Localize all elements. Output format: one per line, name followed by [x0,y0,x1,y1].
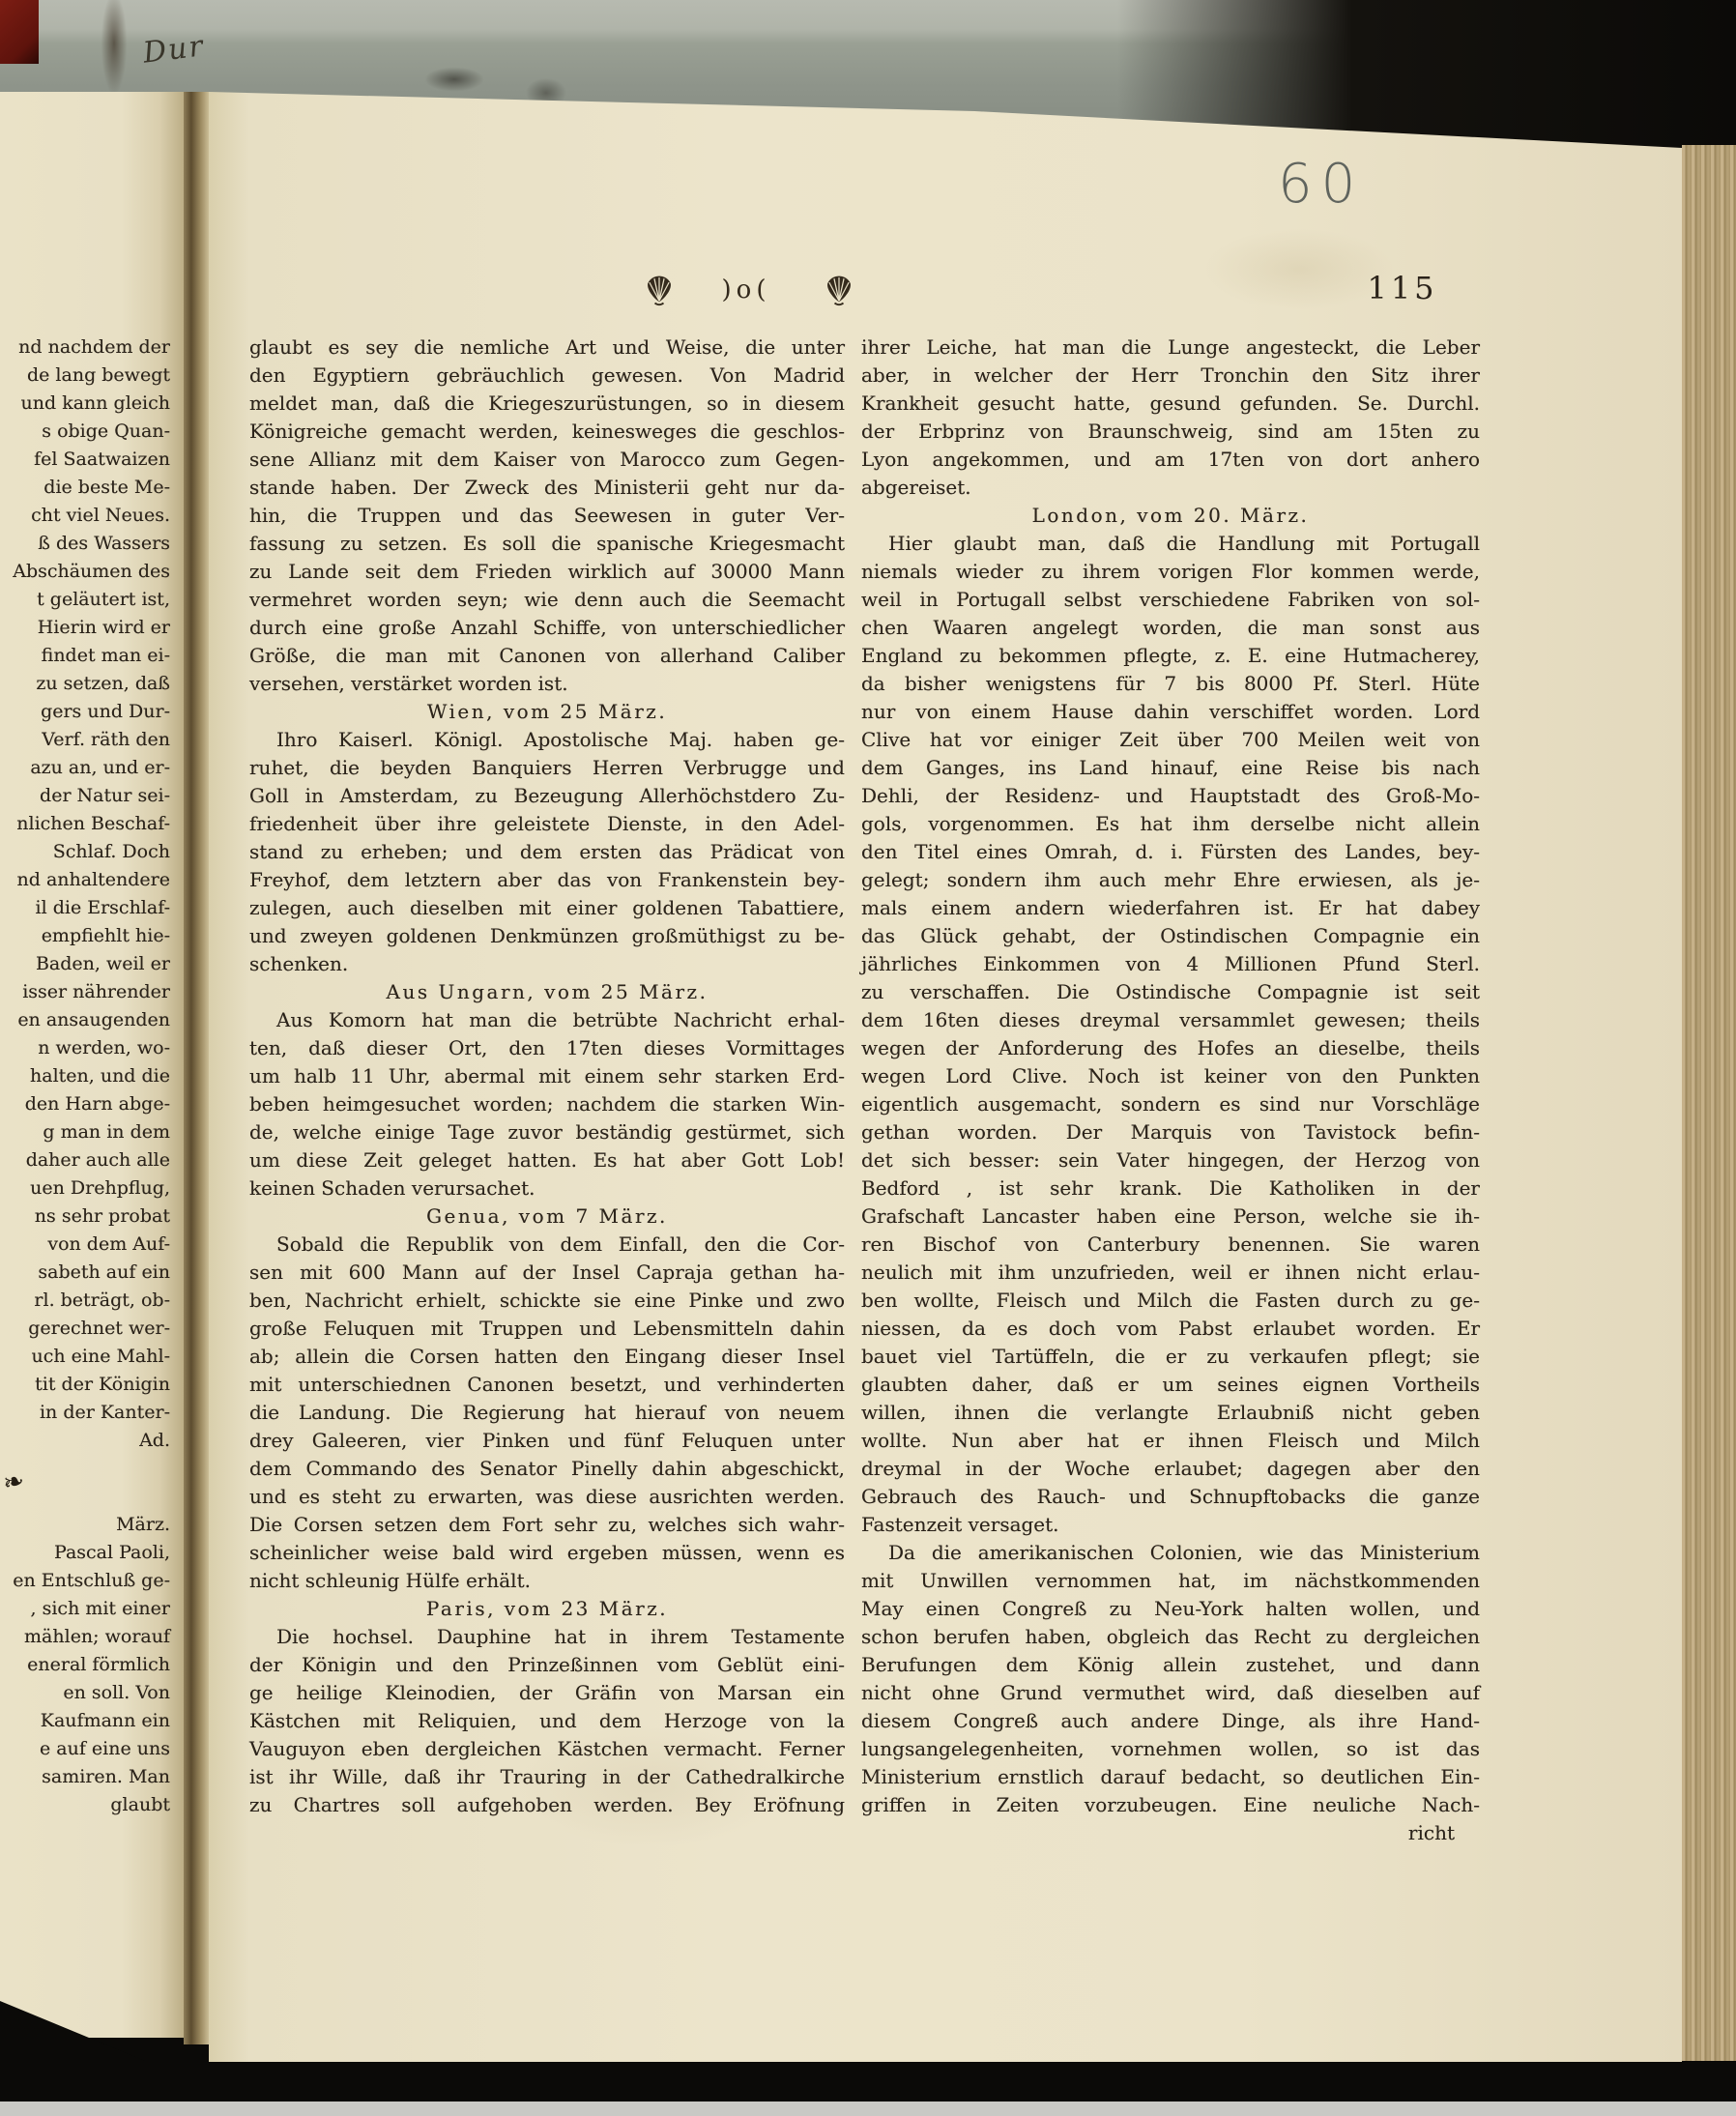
main-page: )o( 115 glaubt es sey die nemliche Art u… [209,92,1682,2062]
text-line: Kaufmann ein [0,1707,170,1735]
text-line: Bedford , ist sehr krank. Die Katholiken… [861,1174,1480,1203]
text-line: , sich mit einer [0,1595,170,1623]
text-line: gerechnet wer- [0,1315,170,1343]
text-line: empfiehlt hie- [0,922,170,950]
text-line: Grafschaft Lancaster haben eine Person, … [861,1203,1480,1231]
text-line: Genua, vom 7 März. [249,1203,845,1231]
text-line: isser nährender [0,978,170,1006]
text-line: Die hochsel. Dauphine hat in ihrem Testa… [249,1623,845,1651]
text-line: Größe, die man mit Canonen von allerhand… [249,642,845,670]
book-scan: Dur nd nachdem derde lang bewegtund kann… [0,0,1736,2116]
text-line: g man in dem [0,1118,170,1146]
text-line: n werden, wo- [0,1034,170,1062]
text-line: schenken. [249,950,845,978]
text-line: versehen, verstärket worden ist. [249,670,845,698]
text-line: nd nachdem der [0,333,170,362]
text-line: wegen der Anforderung des Hofes an diese… [861,1034,1480,1062]
text-line: uch eine Mahl- [0,1343,170,1371]
text-line: Hier glaubt man, daß die Handlung mit Po… [861,530,1480,558]
scanner-bed-strip [0,2102,1736,2116]
text-line: lungsangelegenheiten, vornehmen wollen, … [861,1735,1480,1763]
text-line: den Egyptiern gebräuchlich gewesen. Von … [249,362,845,390]
text-line: jährliches Einkommen von 4 Millionen Pfu… [861,950,1480,978]
text-line: aber, in welcher der Herr Tronchin den S… [861,362,1480,390]
text-line: Da die amerikanischen Colonien, wie das … [861,1539,1480,1567]
text-line: mals einem andern wiederfahren ist. Er h… [861,894,1480,922]
text-line: fel Saatwaizen [0,446,170,474]
text-line: Abschäumen des [0,558,170,586]
text-line: Pascal Paoli, [0,1539,170,1567]
text-line: zulegen, auch dieselben mit einer golden… [249,894,845,922]
text-line: glaubt [0,1791,170,1819]
text-line: bauet viel Tartüffeln, die er zu verkauf… [861,1343,1480,1371]
text-line: stand zu erheben; und dem ersten das Prä… [249,838,845,866]
text-line: weil in Portugall selbst verschiedene Fa… [861,586,1480,614]
text-line: schon berufen haben, obgleich das Recht … [861,1623,1480,1651]
text-line: daher auch alle [0,1146,170,1174]
text-line: tit der Königin [0,1371,170,1399]
text-line: der Erbprinz von Braunschweig, sind am 1… [861,418,1480,446]
text-line: niemals wieder zu ihrem vorigen Flor kom… [861,558,1480,586]
text-line: halten, und die [0,1062,170,1090]
text-line: ge heilige Kleinodien, der Gräfin von Ma… [249,1679,845,1707]
text-line: scheinlicher weise bald wird ergeben müs… [249,1539,845,1567]
text-line: wegen Lord Clive. Noch ist keiner von de… [861,1062,1480,1090]
text-line: Paris, vom 23 März. [249,1595,845,1623]
text-line: s obige Quan- [0,418,170,446]
text-line: ben wollte, Fleisch und Milch die Fasten… [861,1287,1480,1315]
text-line: abgereiset. [861,474,1480,502]
text-line: e auf eine uns [0,1735,170,1763]
text-line: Ministerium ernstlich darauf bedacht, so… [861,1763,1480,1791]
text-line: ab; allein die Corsen hatten den Eingang… [249,1343,845,1371]
text-line: gelegt; sondern ihm auch mehr Ehre erwie… [861,866,1480,894]
text-line: das Glück gehabt, der Ostindischen Compa… [861,922,1480,950]
text-line: rl. beträgt, ob- [0,1287,170,1315]
marginal-text-column: nd nachdem derde lang bewegtund kann gle… [0,333,182,1819]
page-number: 115 [1359,270,1446,306]
text-line: Krankheit gesucht hatte, gesund gefunden… [861,390,1480,418]
text-line: von dem Auf- [0,1231,170,1259]
shell-ornament-left-icon [642,274,677,306]
text-line: stande haben. Der Zweck des Ministerii g… [249,474,845,502]
cover-red-corner [0,0,39,64]
text-line: zu Chartres soll aufgehoben werden. Bey … [249,1791,845,1819]
text-line: neulich mit ihm unzufrieden, weil er ihn… [861,1259,1480,1287]
text-line: Clive hat vor einiger Zeit über 700 Meil… [861,726,1480,754]
text-line: willen, ihnen die verlangte Erlaubniß ni… [861,1399,1480,1427]
text-line: findet man ei- [0,642,170,670]
text-line: en Entschluß ge- [0,1567,170,1595]
text-line: det sich besser: sein Vater hingegen, de… [861,1146,1480,1174]
text-line: Hierin wird er [0,614,170,642]
text-line: keinen Schaden verursachet. [249,1174,845,1203]
gutter-crease [184,92,209,2044]
text-line: gers und Dur- [0,698,170,726]
text-line: Aus Ungarn, vom 25 März. [249,978,845,1006]
text-line: Verf. räth den [0,726,170,754]
text-line: dem Ganges, ins Land hinauf, eine Reise … [861,754,1480,782]
text-line: ist ihr Wille, daß ihr Trauring in der C… [249,1763,845,1791]
news-column-right: ihrer Leiche, hat man die Lunge angestec… [861,333,1480,1847]
text-line: fassung zu setzen. Es soll die spanische… [249,530,845,558]
text-line: drey Galeeren, vier Pinken und fünf Felu… [249,1427,845,1455]
text-line: London, vom 20. März. [861,502,1480,530]
text-line: de, welche einige Tage zuvor beständig g… [249,1118,845,1146]
divider-ornament: )o( [712,275,780,304]
text-line: ben, Nachricht erhielt, schickte sie ein… [249,1287,845,1315]
text-line: und kann gleich [0,390,170,418]
text-line: die Landung. Die Regierung hat hierauf v… [249,1399,845,1427]
text-line: nd anhaltendere [0,866,170,894]
facing-page-partial: nd nachdem derde lang bewegtund kann gle… [0,92,184,2038]
text-line: eigentlich ausgemacht, sondern es sind n… [861,1090,1480,1118]
text-line: um diese Zeit geleget hatten. Es hat abe… [249,1146,845,1174]
text-line: zu verschaffen. Die Ostindische Compagni… [861,978,1480,1006]
news-column-left: glaubt es sey die nemliche Art und Weise… [249,333,845,1819]
text-line: gethan worden. Der Marquis von Tavistock… [861,1118,1480,1146]
text-line: Wien, vom 25 März. [249,698,845,726]
text-line: de lang bewegt [0,362,170,390]
text-line: mit unterschiednen Canonen besetzt, und … [249,1371,845,1399]
text-line: Ihro Kaiserl. Königl. Apostolische Maj. … [249,726,845,754]
text-line: um halb 11 Uhr, abermal mit einem sehr s… [249,1062,845,1090]
text-line: mählen; worauf [0,1623,170,1651]
text-line: Sobald die Republik von dem Einfall, den… [249,1231,845,1259]
text-line: t geläutert ist, [0,586,170,614]
text-line: en soll. Von [0,1679,170,1707]
text-line: Berufungen dem König allein zustehet, un… [861,1651,1480,1679]
text-line: Fastenzeit versaget. [861,1511,1480,1539]
text-line: ns sehr probat [0,1203,170,1231]
text-line: nur von einem Hause dahin verschiffet wo… [861,698,1480,726]
text-line: chen Waaren angelegt worden, die man son… [861,614,1480,642]
text-line: Goll in Amsterdam, zu Bezeugung Allerhöc… [249,782,845,810]
text-line: ihrer Leiche, hat man die Lunge angestec… [861,333,1480,362]
text-line: glaubten daher, daß er um seines eignen … [861,1371,1480,1399]
text-line: zu Lande seit dem Frieden wirklich auf 3… [249,558,845,586]
text-line: cht viel Neues. [0,502,170,530]
text-line: May einen Congreß zu Neu-York halten wol… [861,1595,1480,1623]
text-line: sen mit 600 Mann auf der Insel Capraja g… [249,1259,845,1287]
text-line: mit Unwillen vernommen hat, im nächstkom… [861,1567,1480,1595]
text-line: nlichen Beschaf- [0,810,170,838]
text-line: diesem Congreß auch andere Dinge, als ih… [861,1707,1480,1735]
text-line: der Königin und den Prinzeßinnen vom Geb… [249,1651,845,1679]
text-line: zu setzen, daß [0,670,170,698]
text-line: Lyon angekommen, und am 17ten von dort a… [861,446,1480,474]
text-line: da bisher wenigstens für 7 bis 8000 Pf. … [861,670,1480,698]
text-line: Kästchen mit Reliquien, und dem Herzoge … [249,1707,845,1735]
text-line: wollte. Nun aber hat er ihnen Fleisch un… [861,1427,1480,1455]
text-line: uen Drehpflug, [0,1174,170,1203]
text-line: große Feluquen mit Truppen und Lebensmit… [249,1315,845,1343]
text-line: eneral förmlich [0,1651,170,1679]
text-line: Vauguyon eben dergleichen Kästchen verma… [249,1735,845,1763]
text-line: März. [0,1511,170,1539]
text-line: Baden, weil er [0,950,170,978]
text-line: richt [861,1819,1480,1847]
text-line: friedenheit über ihre geleistete Dienste… [249,810,845,838]
text-line: England zu bekommen pflegte, z. E. eine … [861,642,1480,670]
text-line: ß des Wassers [0,530,170,558]
text-line: meldet man, daß die Kriegeszurüstungen, … [249,390,845,418]
text-line: ruhet, die beyden Banquiers Herren Verbr… [249,754,845,782]
shell-ornament-right-icon [822,274,856,306]
text-line: samiren. Man [0,1763,170,1791]
text-line: den Titel eines Omrah, d. i. Fürsten des… [861,838,1480,866]
text-line: dreymal in der Woche erlaubet; dagegen a… [861,1455,1480,1483]
text-line: azu an, und er- [0,754,170,782]
text-line: in der Kanter- [0,1399,170,1427]
text-line: Freyhof, dem letztern aber das von Frank… [249,866,845,894]
text-line: gols, vorgenommen. Es hat ihm derselbe n… [861,810,1480,838]
text-line: dem 16ten dieses dreymal versammlet gewe… [861,1006,1480,1034]
text-line: den Harn abge- [0,1090,170,1118]
text-line: und es steht zu erwarten, was diese ausr… [249,1483,845,1511]
text-line: en ansaugenden [0,1006,170,1034]
text-line: griffen in Zeiten vorzubeugen. Eine neul… [861,1791,1480,1819]
text-line: nicht schleunig Hülfe erhält. [249,1567,845,1595]
text-line: beben heimgesuchet worden; nachdem die s… [249,1090,845,1118]
text-line: hin, die Truppen und das Seewesen in gut… [249,502,845,530]
text-line: nicht ohne Grund vermuthet wird, daß die… [861,1679,1480,1707]
text-line: und zweyen goldenen Denkmünzen großmüthi… [249,922,845,950]
text-line: niessen, da es doch vom Pabst erlaubet w… [861,1315,1480,1343]
text-line: die beste Me- [0,474,170,502]
text-line: der Natur sei- [0,782,170,810]
text-line: Schlaf. Doch [0,838,170,866]
text-line: durch eine große Anzahl Schiffe, von unt… [249,614,845,642]
text-line: Gebrauch des Rauch- und Schnupftobacks d… [861,1483,1480,1511]
text-line: il die Erschlaf- [0,894,170,922]
page-edges-right [1682,145,1736,2061]
archive-stamp: 60 [1278,153,1364,216]
text-line: Dehli, der Residenz- und Hauptstadt des … [861,782,1480,810]
text-line: sabeth auf ein [0,1259,170,1287]
text-line: Aus Komorn hat man die betrübte Nachrich… [249,1006,845,1034]
text-line: ten, daß dieser Ort, den 17ten dieses Vo… [249,1034,845,1062]
cover-handwritten-mark: Dur [141,29,207,71]
text-line: Königreiche gemacht werden, keinesweges … [249,418,845,446]
text-line: ren Bischof von Canterbury benennen. Sie… [861,1231,1480,1259]
text-line: sene Allianz mit dem Kaiser von Marocco … [249,446,845,474]
text-line: glaubt es sey die nemliche Art und Weise… [249,333,845,362]
text-line: Die Corsen setzen dem Fort sehr zu, welc… [249,1511,845,1539]
text-line: dem Commando des Senator Pinelly dahin a… [249,1455,845,1483]
text-line: vermehret worden seyn; wie denn auch die… [249,586,845,614]
